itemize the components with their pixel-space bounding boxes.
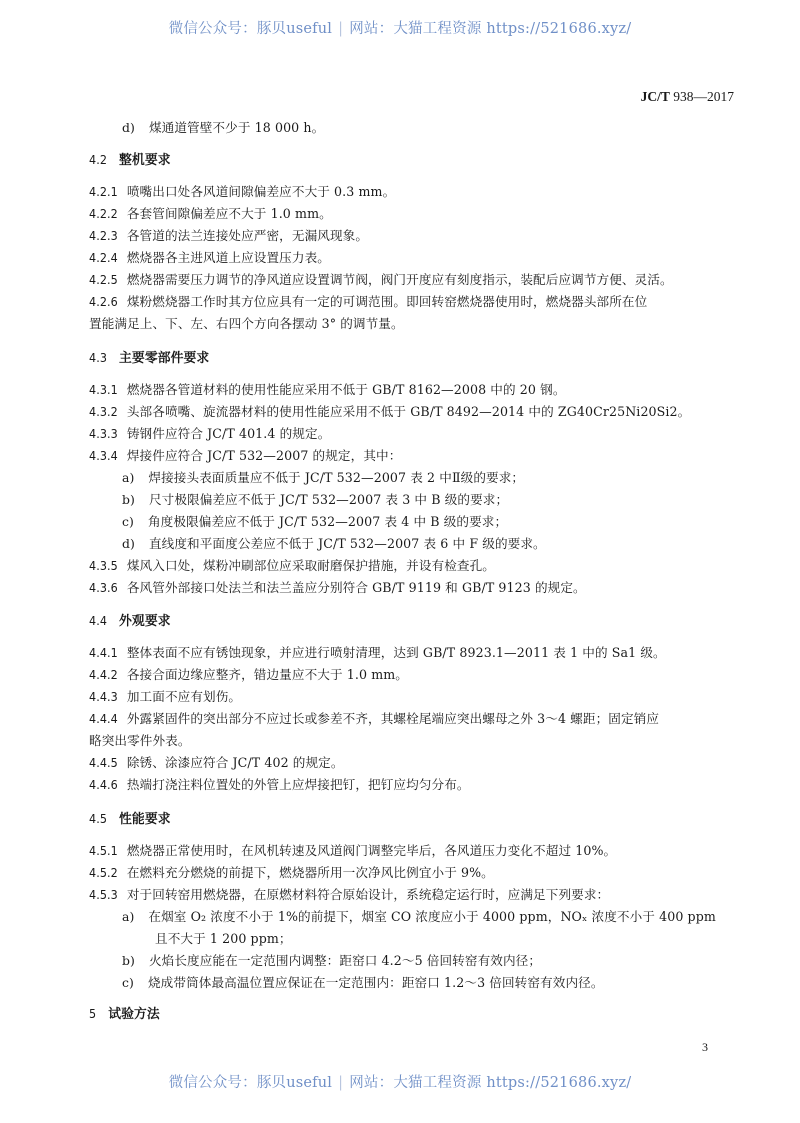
clause-number: b) (122, 953, 135, 968)
list-item: d)煤通道管壁不少于 18 000 h。 (122, 117, 324, 136)
clause-line: 4.2.4燃烧器各主进风道上应设置压力表。 (89, 247, 330, 266)
list-item: c)角度极限偏差应不低于 JC/T 532—2007 表 4 中 B 级的要求； (122, 511, 507, 530)
list-item: c)烧成带筒体最高温位置应保证在一定范围内：距窑口 1.2～3 倍回转窑有效内径… (122, 972, 604, 991)
clause-number: 4.5 (89, 811, 107, 826)
clause-number: 4.4.2 (89, 667, 118, 682)
clause-text: 外观要求 (119, 614, 171, 629)
clause-text: 各管道的法兰连接处应严密，无漏风现象。 (127, 228, 368, 243)
section-heading: 4.5性能要求 (89, 808, 171, 827)
clause-number: a) (122, 470, 134, 485)
clause-text: 燃烧器各主进风道上应设置压力表。 (127, 250, 330, 265)
clause-number: d) (122, 536, 135, 551)
clause-line: 略突出零件外表。 (89, 730, 191, 749)
clause-number: a) (122, 909, 134, 924)
clause-number: 4.2.1 (89, 184, 118, 199)
clause-text: 燃烧器正常使用时，在风机转速及风道阀门调整完毕后，各风道压力变化不超过 10%。 (127, 843, 616, 858)
clause-line: 置能满足上、下、左、右四个方向各摆动 3° 的调节量。 (89, 313, 404, 332)
clause-line: 4.5.2在燃料充分燃烧的前提下，燃烧器所用一次净风比例宜小于 9%。 (89, 862, 494, 881)
clause-text: 在烟室 O₂ 浓度不小于 1%的前提下，烟室 CO 浓度应小于 4000 ppm… (148, 909, 715, 924)
clause-number: 4.4.1 (89, 645, 118, 660)
clause-text: 煤粉燃烧器工作时其方位应具有一定的可调范围。即回转窑燃烧器使用时，燃烧器头部所在… (127, 294, 647, 309)
clause-text: 各风管外部接口处法兰和法兰盖应分别符合 GB/T 9119 和 GB/T 912… (127, 580, 586, 595)
section-heading: 4.2整机要求 (89, 149, 171, 168)
clause-text: 外露紧固件的突出部分不应过长或参差不齐，其螺栓尾端应突出螺母之外 3～4 螺距；… (127, 711, 659, 726)
page-number: 3 (702, 1040, 708, 1055)
clause-line: 4.4.4外露紧固件的突出部分不应过长或参差不齐，其螺栓尾端应突出螺母之外 3～… (89, 708, 659, 727)
clause-text: 置能满足上、下、左、右四个方向各摆动 3° 的调节量。 (89, 316, 404, 331)
clause-line: 且不大于 1 200 ppm； (155, 928, 292, 947)
clause-number: 4.3.3 (89, 426, 118, 441)
clause-text: 加工面不应有划伤。 (127, 689, 241, 704)
clause-text: 各套管间隙偏差应不大于 1.0 mm。 (127, 206, 332, 221)
clause-text: 焊接件应符合 JC/T 532—2007 的规定，其中： (127, 448, 402, 463)
clause-number: 4.3.4 (89, 448, 118, 463)
clause-text: 整体表面不应有锈蚀现象，并应进行喷射清理，达到 GB/T 8923.1—2011… (127, 645, 666, 660)
clause-line: 4.2.3各管道的法兰连接处应严密，无漏风现象。 (89, 225, 368, 244)
clause-text: 直线度和平面度公差应不低于 JC/T 532—2007 表 6 中 F 级的要求… (149, 536, 546, 551)
watermark-bottom: 微信公众号：豚贝useful|网站：大猫工程资源 https://521686.… (0, 1071, 800, 1092)
clause-line: 4.3.2头部各喷嘴、旋流器材料的使用性能应采用不低于 GB/T 8492—20… (89, 401, 690, 420)
clause-text: 各接合面边缘应整齐，错边量应不大于 1.0 mm。 (127, 667, 408, 682)
clause-number: 4.2.4 (89, 250, 118, 265)
clause-number: c) (122, 514, 134, 529)
clause-text: 角度极限偏差应不低于 JC/T 532—2007 表 4 中 B 级的要求； (148, 514, 507, 529)
watermark-website: 网站：大猫工程资源 https://521686.xyz/ (349, 1075, 631, 1091)
clause-number: 4.2.6 (89, 294, 118, 309)
section-heading: 4.4外观要求 (89, 610, 171, 629)
clause-number: 4.5.1 (89, 843, 118, 858)
standard-prefix: JC/T (641, 89, 670, 104)
clause-line: 4.5.1燃烧器正常使用时，在风机转速及风道阀门调整完毕后，各风道压力变化不超过… (89, 840, 616, 859)
clause-number: 4.4.3 (89, 689, 118, 704)
clause-text: 对于回转窑用燃烧器，在原燃材料符合原始设计，系统稳定运行时，应满足下列要求： (127, 887, 609, 902)
clause-line: 4.3.1燃烧器各管道材料的使用性能应采用不低于 GB/T 8162—2008 … (89, 379, 566, 398)
clause-number: c) (122, 975, 134, 990)
clause-text: 热端打浇注料位置处的外管上应焊接把钉，把钉应均匀分布。 (127, 777, 470, 792)
clause-text: 燃烧器需要压力调节的净风道应设置调节阀，阀门开度应有刻度指示，装配后应调节方便、… (127, 272, 673, 287)
clause-line: 4.2.6煤粉燃烧器工作时其方位应具有一定的可调范围。即回转窑燃烧器使用时，燃烧… (89, 291, 647, 310)
clause-text: 性能要求 (119, 812, 171, 827)
clause-line: 4.4.3加工面不应有划伤。 (89, 686, 241, 705)
clause-text: 在燃料充分燃烧的前提下，燃烧器所用一次净风比例宜小于 9%。 (127, 865, 494, 880)
clause-number: 4.5.2 (89, 865, 118, 880)
watermark-separator: | (338, 1075, 343, 1091)
clause-number: b) (122, 492, 135, 507)
clause-number: 4.3.2 (89, 404, 118, 419)
clause-text: 略突出零件外表。 (89, 733, 191, 748)
clause-line: 4.3.6各风管外部接口处法兰和法兰盖应分别符合 GB/T 9119 和 GB/… (89, 577, 586, 596)
clause-text: 尺寸极限偏差应不低于 JC/T 532—2007 表 3 中 B 级的要求； (149, 492, 508, 507)
watermark-wechat: 微信公众号：豚贝useful (169, 21, 333, 37)
standard-code: JC/T 938—2017 (641, 89, 734, 105)
clause-text: 喷嘴出口处各风道间隙偏差应不大于 0.3 mm。 (127, 184, 395, 199)
clause-line: 4.4.5除锈、涂漆应符合 JC/T 402 的规定。 (89, 752, 344, 771)
clause-line: 4.2.5燃烧器需要压力调节的净风道应设置调节阀，阀门开度应有刻度指示，装配后应… (89, 269, 673, 288)
clause-line: 4.2.1喷嘴出口处各风道间隙偏差应不大于 0.3 mm。 (89, 181, 395, 200)
clause-number: 4.3.5 (89, 558, 118, 573)
watermark-separator: | (338, 21, 343, 37)
clause-number: 4.3.1 (89, 382, 118, 397)
clause-line: 4.2.2各套管间隙偏差应不大于 1.0 mm。 (89, 203, 332, 222)
watermark-top: 微信公众号：豚贝useful|网站：大猫工程资源 https://521686.… (0, 17, 800, 38)
clause-number: 5 (89, 1006, 96, 1021)
clause-number: 4.4 (89, 613, 107, 628)
clause-text: 整机要求 (119, 153, 171, 168)
clause-text: 除锈、涂漆应符合 JC/T 402 的规定。 (127, 755, 344, 770)
watermark-wechat: 微信公众号：豚贝useful (169, 1075, 333, 1091)
clause-text: 火焰长度应能在一定范围内调整：距窑口 4.2～5 倍回转窑有效内径； (149, 953, 541, 968)
list-item: a)在烟室 O₂ 浓度不小于 1%的前提下，烟室 CO 浓度应小于 4000 p… (122, 906, 716, 925)
clause-text: 燃烧器各管道材料的使用性能应采用不低于 GB/T 8162—2008 中的 20… (127, 382, 566, 397)
clause-line: 4.4.1整体表面不应有锈蚀现象，并应进行喷射清理，达到 GB/T 8923.1… (89, 642, 666, 661)
clause-line: 4.4.2各接合面边缘应整齐，错边量应不大于 1.0 mm。 (89, 664, 408, 683)
clause-number: 4.2.3 (89, 228, 118, 243)
clause-line: 4.5.3对于回转窑用燃烧器，在原燃材料符合原始设计，系统稳定运行时，应满足下列… (89, 884, 609, 903)
list-item: b)火焰长度应能在一定范围内调整：距窑口 4.2～5 倍回转窑有效内径； (122, 950, 541, 969)
list-item: b)尺寸极限偏差应不低于 JC/T 532—2007 表 3 中 B 级的要求； (122, 489, 508, 508)
clause-text: 烧成带筒体最高温位置应保证在一定范围内：距窑口 1.2～3 倍回转窑有效内径。 (148, 975, 604, 990)
clause-text: 铸钢件应符合 JC/T 401.4 的规定。 (127, 426, 331, 441)
clause-text: 煤风入口处，煤粉冲刷部位应采取耐磨保护措施，并设有检查孔。 (127, 558, 495, 573)
clause-number: 4.4.5 (89, 755, 118, 770)
clause-number: 4.4.6 (89, 777, 118, 792)
clause-text: 头部各喷嘴、旋流器材料的使用性能应采用不低于 GB/T 8492—2014 中的… (127, 404, 690, 419)
clause-number: 4.4.4 (89, 711, 118, 726)
list-item: d)直线度和平面度公差应不低于 JC/T 532—2007 表 6 中 F 级的… (122, 533, 546, 552)
clause-text: 煤通道管壁不少于 18 000 h。 (149, 120, 324, 135)
clause-text: 且不大于 1 200 ppm； (155, 931, 292, 946)
clause-number: 4.5.3 (89, 887, 118, 902)
clause-number: 4.3.6 (89, 580, 118, 595)
standard-number: 938—2017 (673, 89, 734, 104)
clause-text: 焊接接头表面质量应不低于 JC/T 532—2007 表 2 中Ⅱ级的要求； (148, 470, 524, 485)
watermark-website: 网站：大猫工程资源 https://521686.xyz/ (349, 21, 631, 37)
section-heading: 4.3主要零部件要求 (89, 347, 209, 366)
clause-text: 主要零部件要求 (119, 351, 209, 366)
clause-line: 4.3.4焊接件应符合 JC/T 532—2007 的规定，其中： (89, 445, 401, 464)
clause-number: 4.3 (89, 350, 107, 365)
clause-text: 试验方法 (108, 1007, 160, 1022)
clause-line: 4.3.5煤风入口处，煤粉冲刷部位应采取耐磨保护措施，并设有检查孔。 (89, 555, 495, 574)
clause-number: d) (122, 120, 135, 135)
list-item: a)焊接接头表面质量应不低于 JC/T 532—2007 表 2 中Ⅱ级的要求； (122, 467, 524, 486)
clause-number: 4.2.2 (89, 206, 118, 221)
clause-number: 4.2 (89, 152, 107, 167)
clause-line: 4.4.6热端打浇注料位置处的外管上应焊接把钉，把钉应均匀分布。 (89, 774, 470, 793)
clause-number: 4.2.5 (89, 272, 118, 287)
section-heading: 5试验方法 (89, 1003, 160, 1022)
clause-line: 4.3.3铸钢件应符合 JC/T 401.4 的规定。 (89, 423, 330, 442)
